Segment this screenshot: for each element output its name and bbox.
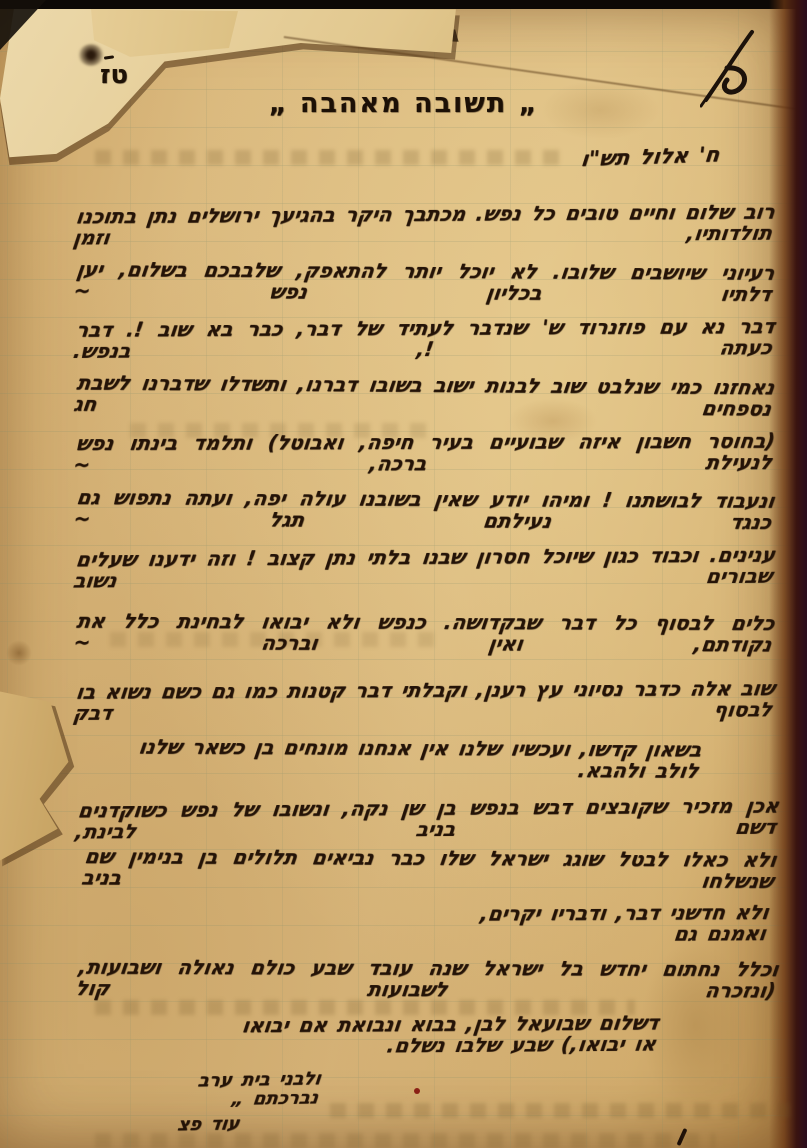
signature-line: עוד פצ xyxy=(166,1115,241,1135)
handwritten-line: (בחוסר חשבון איזה שבועיים בעיר חיפה, ואב… xyxy=(72,431,776,475)
date-line: ח' אלול תש"ו xyxy=(567,143,720,170)
scan-corner-shadow xyxy=(0,0,46,50)
handwritten-line: נאחזנו כמי שנלבט שוב לבנות ישוב בשובו דב… xyxy=(72,373,775,420)
bleed-through-smudge xyxy=(95,150,565,165)
page-number: טז xyxy=(100,60,128,90)
handwritten-line: שוב אלה כדבר נסיוני עץ רענן, וקבלתי דבר … xyxy=(72,678,776,724)
bleed-through-smudge xyxy=(330,1103,790,1118)
paper-stain xyxy=(6,640,32,666)
stray-ink-stroke xyxy=(677,1128,688,1146)
bleed-through-smudge xyxy=(95,1133,715,1148)
handwritten-line: רוב שלום וחיים טובים כל נפש. מכתבך היקר … xyxy=(72,202,776,249)
handwritten-line: ולא חדשני דבר, ודבריו יקרים, ואמנם גם xyxy=(419,902,770,946)
handwritten-line: דשלום שבועאל לבן, בבוא ונבואת אם יבואו א… xyxy=(214,1012,660,1057)
handwritten-line: ענינים. וכבוד כגון שיוכל חסרון שבנו בלתי… xyxy=(72,545,776,592)
handwritten-line: כלים לבסוף כל דבר שבקדושה. כנפש ולא יבוא… xyxy=(72,611,776,655)
scan-top-edge xyxy=(0,0,807,9)
left-flap-shadow xyxy=(2,692,78,870)
handwritten-line: ולא כאלו לבטל שוגג ישראל שלו כבר נביאים … xyxy=(80,846,778,892)
handwritten-line: דבר נא עם פוזנרוד ש' שנדבר לעתיד של דבר,… xyxy=(72,316,776,362)
handwritten-line: ונעבוד לבושתנו ! ומיהו יודע שאין בשובנו … xyxy=(72,487,776,533)
handwritten-line: בשאון קדשו, ועכשיו שלנו אין אנחנו מונחים… xyxy=(102,736,703,781)
left-torn-flap xyxy=(0,688,72,864)
handwritten-line: וכלל נחתום יחדש בל ישראל שנה עובד שבע כו… xyxy=(74,957,780,1001)
handwritten-line: אכן מזכיר שקובצים דבש בנפש בן שן נקה, ונ… xyxy=(74,796,780,843)
red-ink-dot xyxy=(414,1088,420,1094)
manuscript-scan: טז „ תשובה מאהבה „ ח' אלול תש"ו רוב שלום… xyxy=(0,0,807,1148)
page-title: „ תשובה מאהבה „ xyxy=(0,88,807,119)
closing-line: ולבני בית ערב נברכתם „ xyxy=(124,1070,322,1111)
handwritten-line: רעיוני שיושבים שלובו. לא יוכל יותר להתאפ… xyxy=(72,259,776,305)
